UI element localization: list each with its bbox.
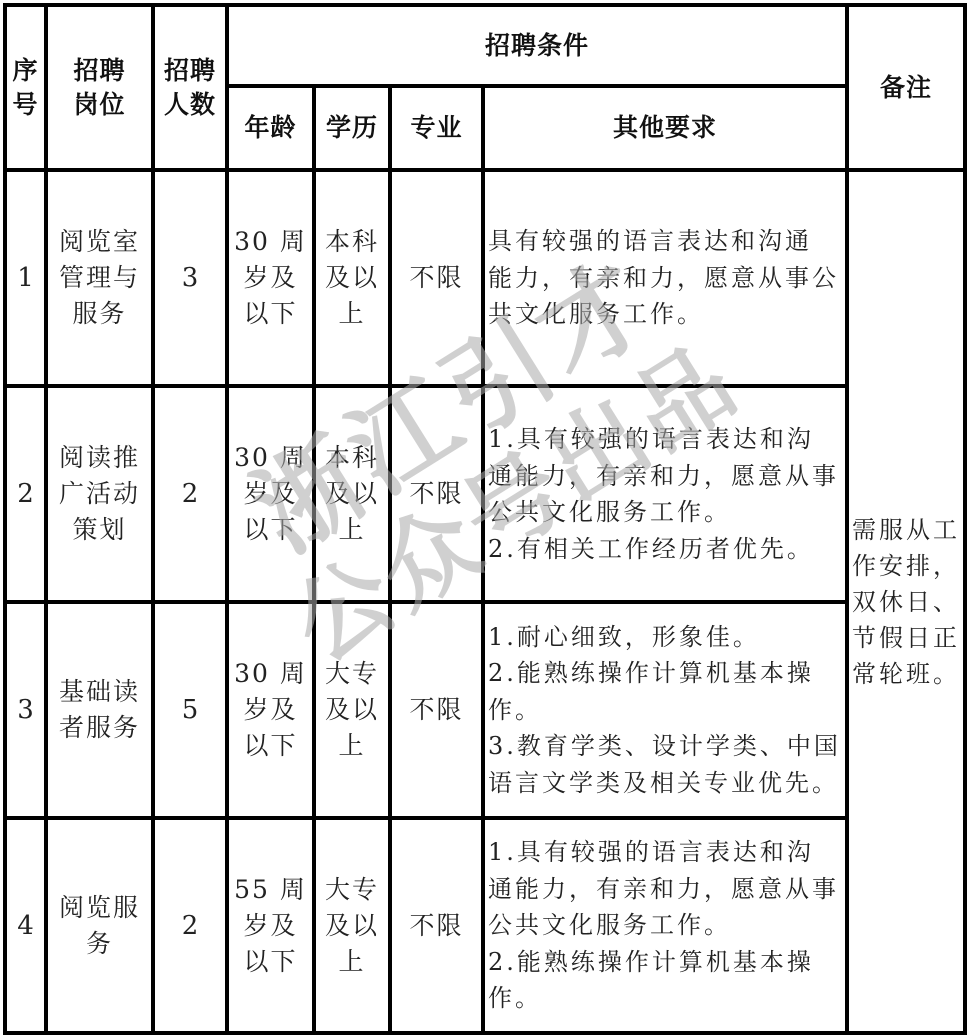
cell-seq: 1: [5, 170, 46, 386]
cell-count: 2: [153, 386, 227, 602]
cell-education: 本科 及以 上: [314, 386, 390, 602]
header-education: 学历: [314, 86, 390, 170]
cell-position: 阅览室 管理与 服务: [46, 170, 153, 386]
cell-age: 55 周 岁及 以下: [227, 818, 314, 1033]
cell-major: 不限: [390, 170, 483, 386]
header-count: 招聘 人数: [153, 5, 227, 170]
table-row: 3 基础读 者服务 5 30 周 岁及 以下 大专 及以 上 不限 1.耐心细致…: [5, 602, 965, 818]
table-row: 4 阅览服 务 2 55 周 岁及 以下 大专 及以 上 不限 1.具有较强的语…: [5, 818, 965, 1033]
table-row: 2 阅读推 广活动 策划 2 30 周 岁及 以下 本科 及以 上 不限 1.具…: [5, 386, 965, 602]
header-seq: 序 号: [5, 5, 46, 170]
cell-age: 30 周 岁及 以下: [227, 170, 314, 386]
cell-seq: 2: [5, 386, 46, 602]
cell-other-requirements: 1.具有较强的语言表达和沟 通能力，有亲和力，愿意从事 公共文化服务工作。 2.…: [483, 386, 847, 602]
cell-other-requirements: 1.耐心细致，形象佳。 2.能熟练操作计算机基本操 作。 3.教育学类、设计学类…: [483, 602, 847, 818]
cell-position: 基础读 者服务: [46, 602, 153, 818]
cell-other-requirements: 1.具有较强的语言表达和沟 通能力，有亲和力，愿意从事 公共文化服务工作。 2.…: [483, 818, 847, 1033]
header-note: 备注: [847, 5, 965, 170]
cell-education: 本科 及以 上: [314, 170, 390, 386]
cell-major: 不限: [390, 386, 483, 602]
cell-age: 30 周 岁及 以下: [227, 386, 314, 602]
cell-major: 不限: [390, 602, 483, 818]
recruitment-table: 序 号 招聘 岗位 招聘 人数 招聘条件 备注 年龄 学历 专业 其他要求 1 …: [3, 3, 967, 1035]
cell-seq: 3: [5, 602, 46, 818]
header-major: 专业: [390, 86, 483, 170]
cell-age: 30 周 岁及 以下: [227, 602, 314, 818]
header-position: 招聘 岗位: [46, 5, 153, 170]
cell-count: 2: [153, 818, 227, 1033]
cell-major: 不限: [390, 818, 483, 1033]
cell-education: 大专 及以 上: [314, 602, 390, 818]
cell-seq: 4: [5, 818, 46, 1033]
cell-count: 3: [153, 170, 227, 386]
header-conditions: 招聘条件: [227, 5, 847, 86]
header-other: 其他要求: [483, 86, 847, 170]
header-age: 年龄: [227, 86, 314, 170]
cell-position: 阅览服 务: [46, 818, 153, 1033]
cell-position: 阅读推 广活动 策划: [46, 386, 153, 602]
cell-other-requirements: 具有较强的语言表达和沟通 能力，有亲和力，愿意从事公 共文化服务工作。: [483, 170, 847, 386]
cell-count: 5: [153, 602, 227, 818]
cell-note: 需服从工 作安排， 双休日、 节假日正 常轮班。: [847, 170, 965, 1033]
cell-education: 大专 及以 上: [314, 818, 390, 1033]
table-row: 1 阅览室 管理与 服务 3 30 周 岁及 以下 本科 及以 上 不限 具有较…: [5, 170, 965, 386]
